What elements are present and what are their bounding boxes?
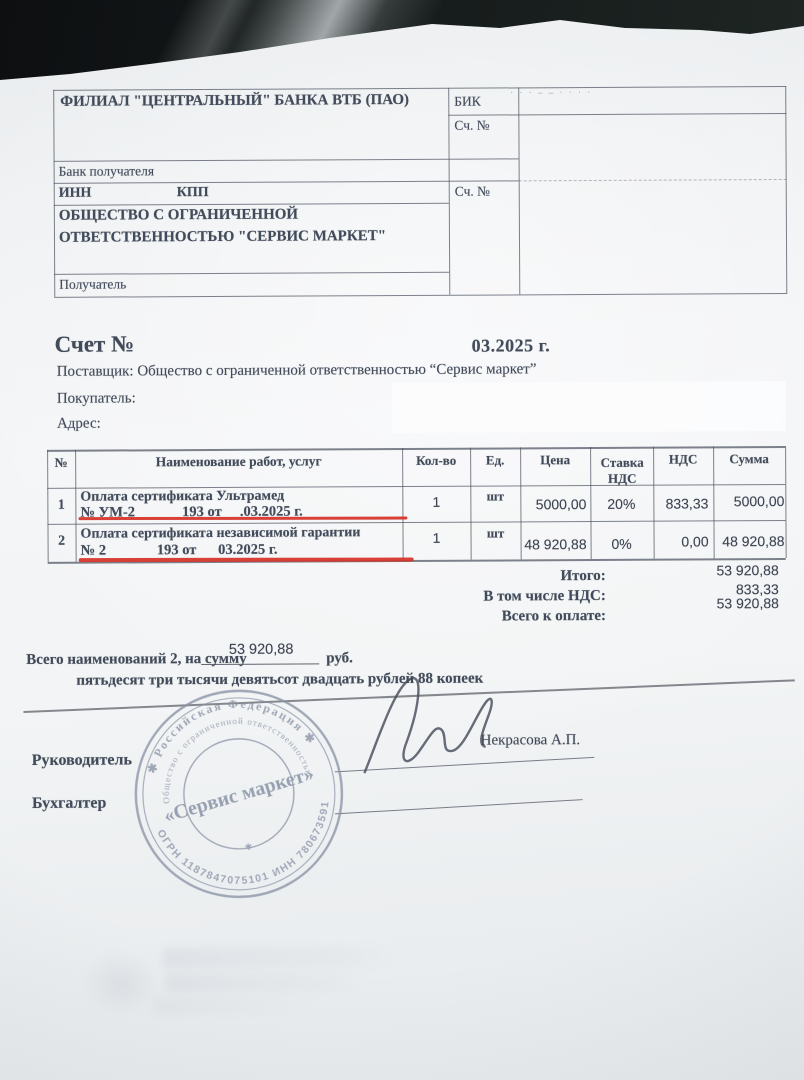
row1-qty: 1 — [402, 494, 470, 510]
row1-sum: 5000,00 — [716, 493, 784, 509]
row1-price: 5000,00 — [500, 496, 586, 512]
account2-row-border-dashed — [519, 179, 787, 181]
due-total-label: Всего к оплате: — [421, 608, 606, 626]
supplier-line: Поставщик: Общество с ограниченной ответ… — [57, 361, 537, 381]
items-top-border — [47, 446, 785, 451]
row2-num: 2 — [48, 534, 76, 550]
bank-table-top-border — [53, 86, 786, 91]
buyer-redaction-box — [392, 381, 786, 433]
row2-price: 48 920,88 — [501, 536, 587, 552]
col-header-num: № — [47, 455, 75, 471]
col-header-name: Наименование работ, услуг — [75, 453, 402, 471]
invoice-date: 03.2025 г. — [471, 335, 550, 356]
total-label: Итого: — [421, 568, 606, 586]
bank-table-bottom-border — [54, 293, 787, 298]
row1-num: 1 — [47, 498, 75, 514]
col-header-vat: НДС — [653, 451, 713, 467]
inn-label: ИНН — [59, 186, 92, 202]
bank-table-left-border — [53, 90, 55, 297]
row2-name-line1: Оплата сертификата независимой гарантии — [80, 525, 360, 542]
row2-qty: 1 — [403, 530, 471, 546]
invoice-content: ФИЛИАЛ "ЦЕНТРАЛЬНЫЙ" БАНКА ВТБ (ПАО) БИК… — [0, 0, 804, 1080]
bank-table-divider-1 — [448, 88, 450, 295]
invoice-title: Счет № — [54, 331, 134, 357]
row2-sum: 48 920,88 — [717, 533, 785, 549]
bank-name: ФИЛИАЛ "ЦЕНТРАЛЬНЫЙ" БАНКА ВТБ (ПАО) — [60, 92, 440, 111]
bik-row-border — [448, 113, 786, 116]
red-underline-row1 — [78, 517, 407, 521]
summary-amount: 53 920,88 — [206, 641, 316, 658]
photo-of-invoice: ФИЛИАЛ "ЦЕНТРАЛЬНЫЙ" БАНКА ВТБ (ПАО) БИК… — [0, 0, 804, 1080]
col-header-price: Цена — [520, 452, 590, 468]
stamp-bottom-star: ✱ — [244, 841, 253, 852]
address-label: Адрес: — [57, 416, 101, 433]
account2-label: Сч. № — [455, 184, 490, 200]
inn-row-border — [54, 203, 449, 206]
ghost-showthrough-line1 — [163, 946, 393, 969]
col-header-vat-rate: Ставка НДС — [592, 455, 652, 487]
kpp-label: КПП — [177, 185, 209, 201]
row1-vat: 833,33 — [640, 495, 708, 511]
stamp-ring-top-text: ✱ Российская Федерация ✱ — [134, 682, 320, 777]
red-underline-row2 — [79, 558, 414, 562]
recipient-label: Получатель — [59, 276, 126, 292]
account1-label: Сч. № — [454, 118, 489, 134]
recipient-company-line1: ОБЩЕСТВО С ОГРАНИЧЕННОЙ — [59, 207, 298, 225]
ghost-showthrough-blob — [81, 949, 161, 1017]
total-value: 53 920,88 — [661, 562, 779, 579]
due-total-value: 53 920,88 — [661, 595, 779, 612]
ghost-showthrough-line3 — [153, 996, 323, 1015]
vat-total-label: В том числе НДС: — [421, 588, 606, 606]
accountant-label: Бухгалтер — [32, 795, 107, 813]
bik-label: БИК — [454, 94, 481, 110]
items-col-right — [785, 446, 787, 558]
ghost-showthrough-line2 — [165, 972, 365, 993]
accountant-signature-line — [335, 799, 583, 815]
buyer-label: Покупатель: — [57, 390, 136, 407]
bank-table-divider-2 — [518, 87, 520, 294]
col-header-unit: Ед. — [470, 452, 520, 468]
company-stamp: ✱ Российская Федерация ✱ ОГРН 1187847075… — [105, 660, 372, 927]
col-header-qty: Кол-во — [402, 453, 470, 469]
handwritten-signature — [336, 671, 547, 787]
bank-recipient-label: Банк получателя — [59, 163, 155, 179]
recipient-row-border — [54, 272, 449, 275]
col-header-sum: Сумма — [713, 451, 785, 467]
recipient-company-line2: ОТВЕТСТВЕННОСТЬЮ "СЕРВИС МАРКЕТ" — [59, 228, 386, 247]
bank-table-right-border — [785, 86, 787, 293]
bik-redaction-marks: · · · – – · · · · — [510, 87, 592, 97]
row2-vat: 0,00 — [641, 533, 709, 549]
